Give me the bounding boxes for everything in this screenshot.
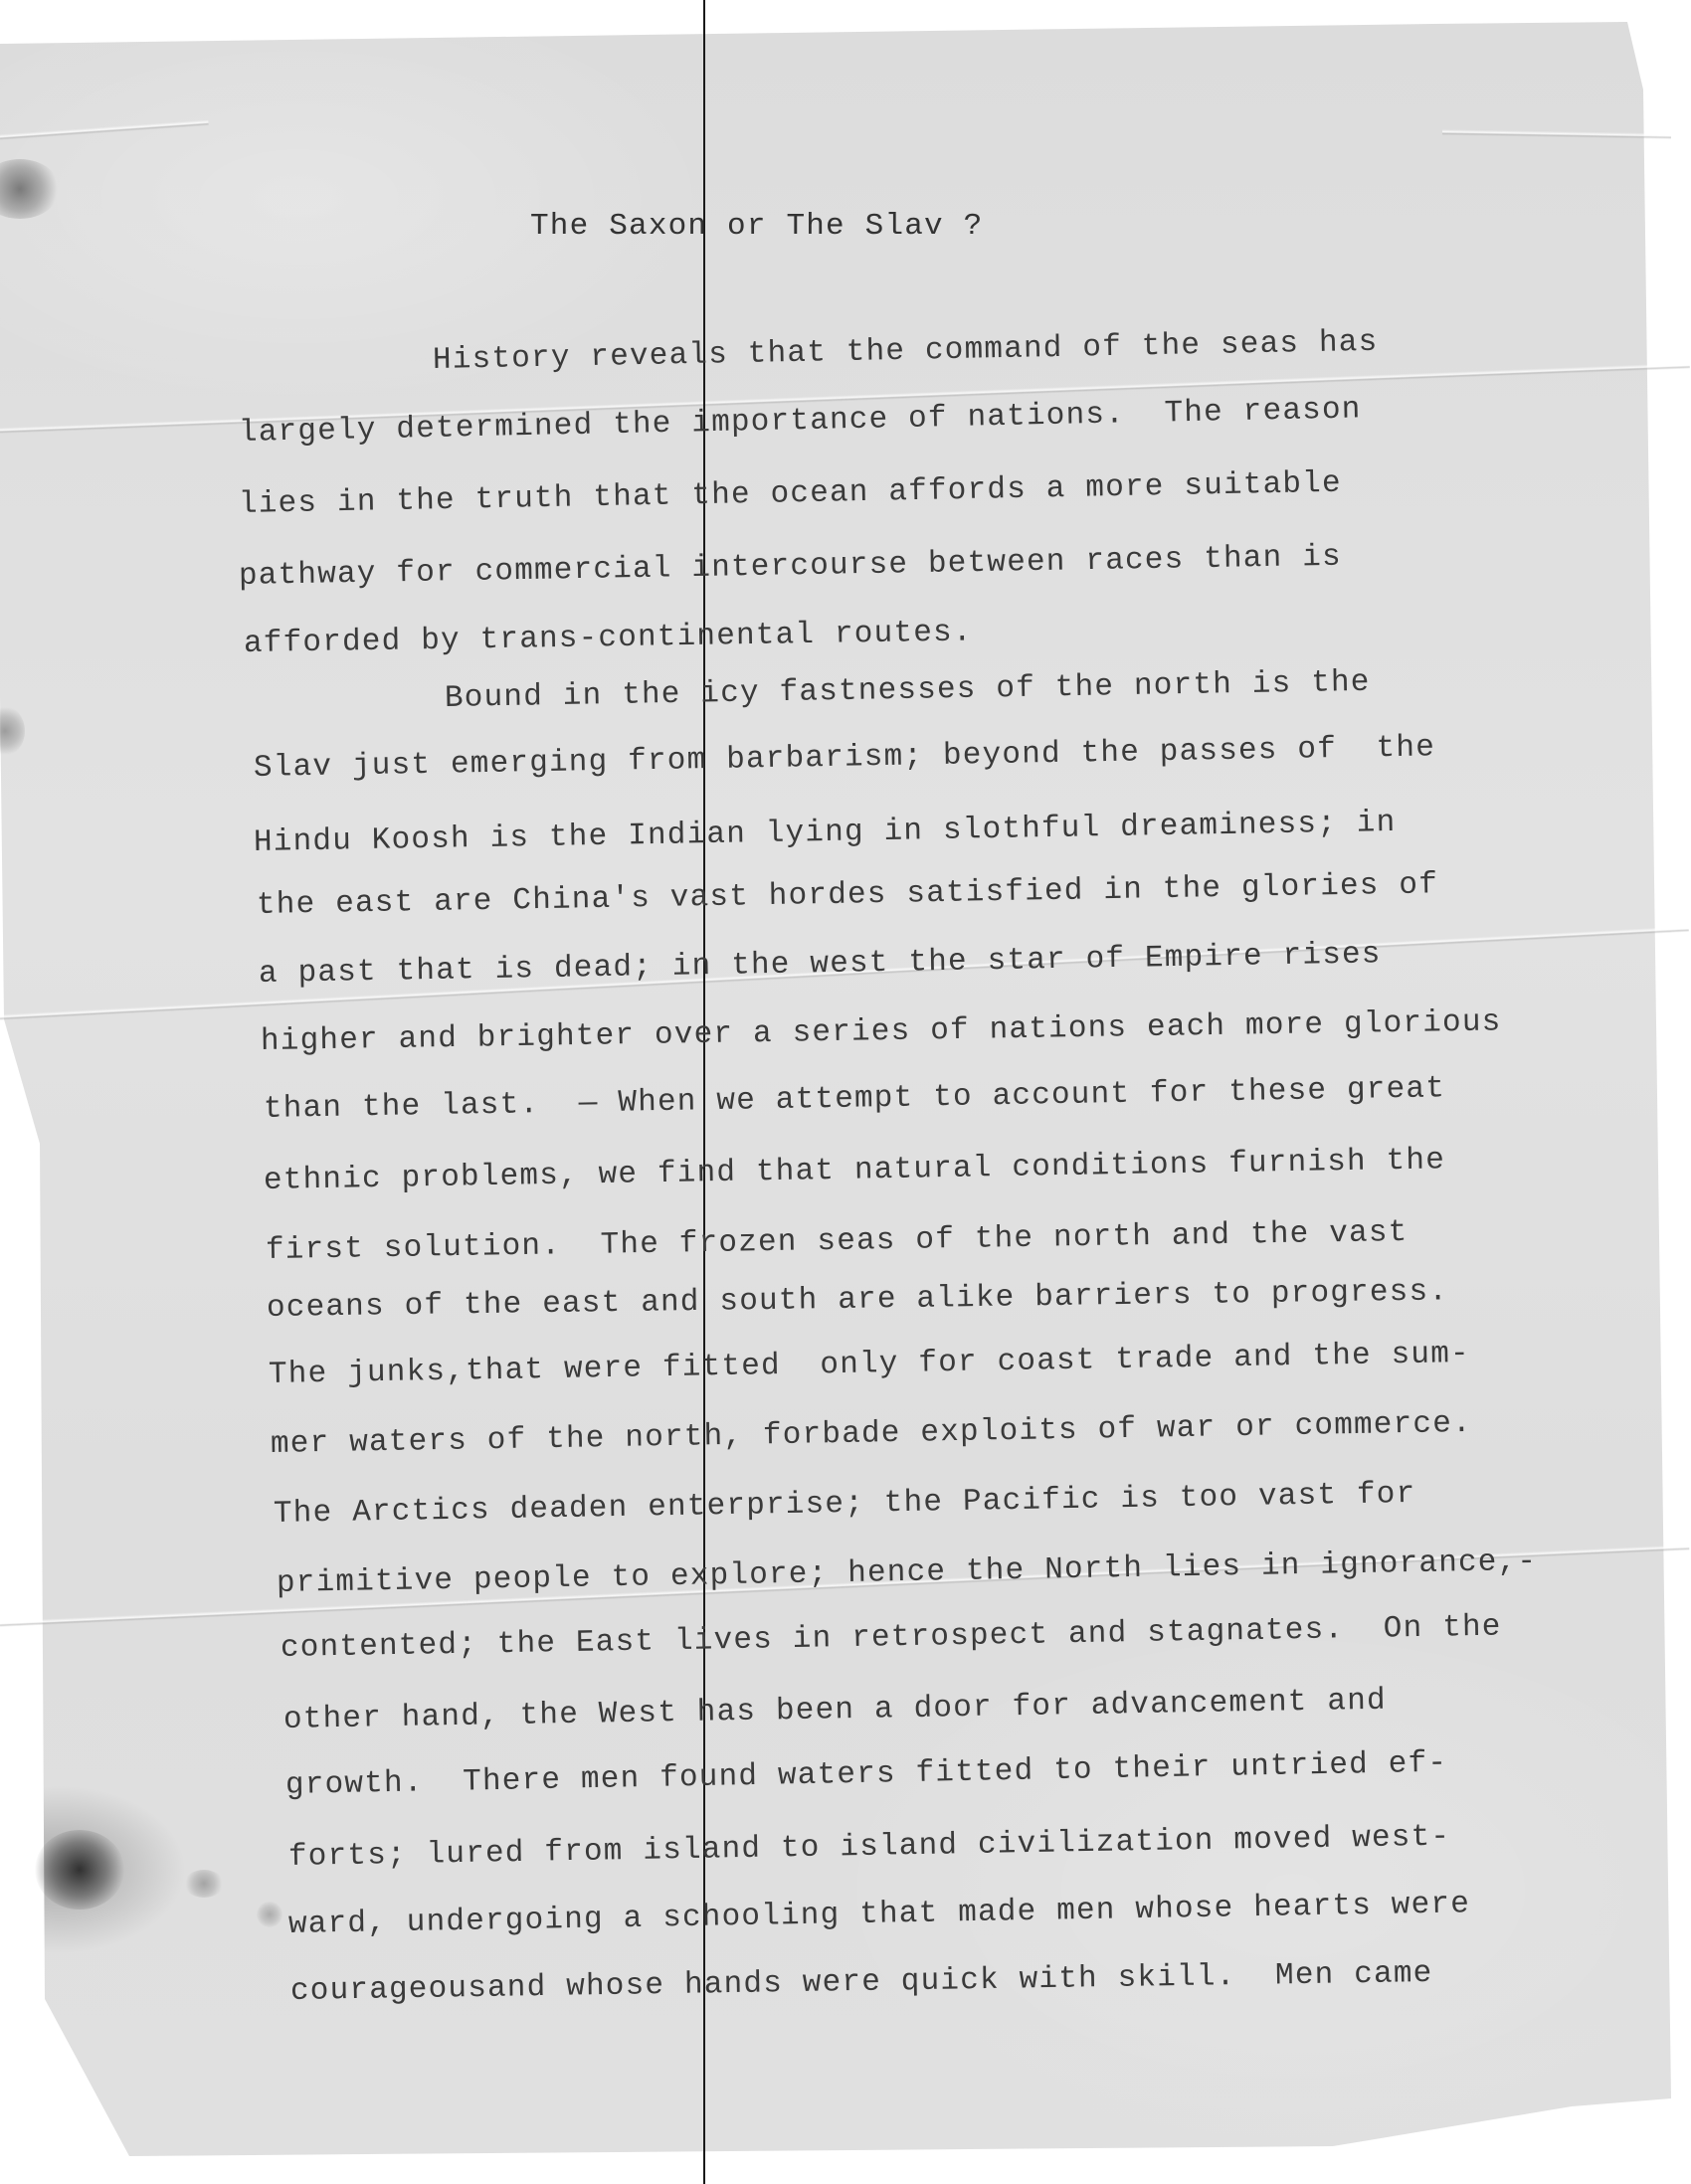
text-line: higher and brighter over a series of nat… <box>261 1004 1502 1059</box>
text-line: mer waters of the north, forbade exploit… <box>271 1406 1472 1462</box>
text-line: pathway for commercial intercourse betwe… <box>239 540 1342 594</box>
text-line: Bound in the icy fastnesses of the north… <box>445 665 1371 716</box>
text-line: Slav just emerging from barbarism; beyon… <box>254 730 1436 786</box>
text-line: The Arctics deaden enterprise; the Pacif… <box>274 1477 1416 1532</box>
scanned-page: The Saxon or The Slav ? History reveals … <box>0 0 1691 2184</box>
text-line: the east are China's vast hordes satisfi… <box>257 867 1439 923</box>
text-line: primitive people to explore; hence the N… <box>277 1545 1538 1601</box>
text-line: ward, undergoing a schooling that made m… <box>288 1887 1471 1942</box>
text-line: largely determined the importance of nat… <box>239 392 1362 451</box>
text-line: than the last. — When we attempt to acco… <box>264 1071 1446 1127</box>
text-line: other hand, the West has been a door for… <box>283 1684 1387 1737</box>
text-line: oceans of the east and south are alike b… <box>267 1274 1449 1326</box>
text-line: growth. There men found waters fitted to… <box>285 1746 1448 1803</box>
text-line: History reveals that the command of the … <box>433 325 1379 378</box>
text-line: a past that is dead; in the west the sta… <box>259 937 1382 992</box>
text-line: first solution. The frozen seas of the n… <box>266 1215 1409 1268</box>
page-title: The Saxon or The Slav ? <box>530 209 983 244</box>
text-line: contented; the East lives in retrospect … <box>281 1610 1502 1666</box>
typewritten-text: The Saxon or The Slav ? History reveals … <box>0 0 1691 2184</box>
text-line: The junks,that were fitted only for coas… <box>269 1337 1470 1392</box>
text-line: lies in the truth that the ocean affords… <box>239 466 1342 522</box>
text-line: afforded by trans-continental routes. <box>244 615 973 661</box>
text-line: forts; lured from island to island civil… <box>288 1820 1451 1875</box>
text-line: Hindu Koosh is the Indian lying in sloth… <box>254 806 1397 860</box>
text-line: courageousand whose hands were quick wit… <box>290 1956 1433 2009</box>
text-line: ethnic problems, we find that natural co… <box>264 1143 1446 1198</box>
